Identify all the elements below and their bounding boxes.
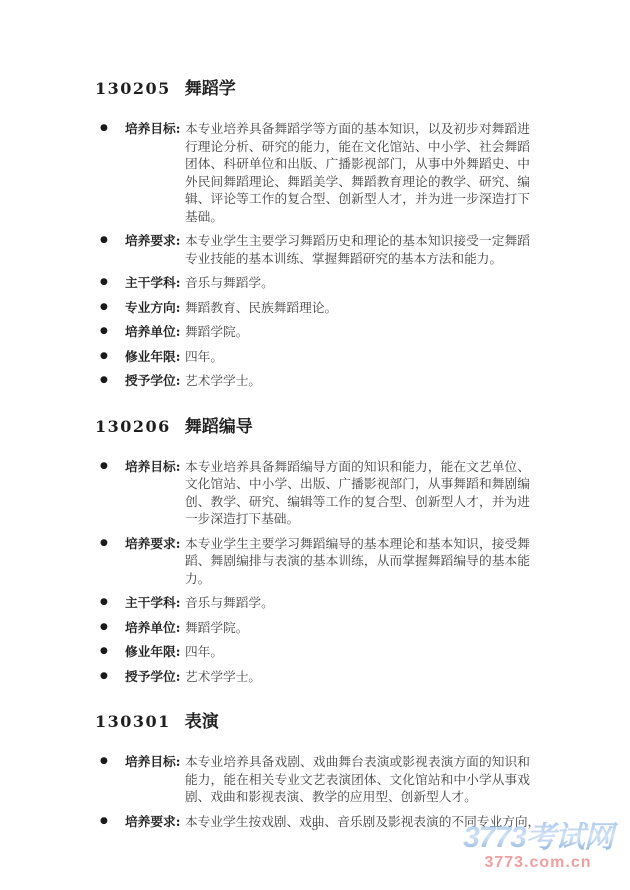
bullet-icon: ● [95, 348, 125, 366]
major-title: 舞蹈编导 [185, 417, 253, 437]
item-label: 培养要求: [125, 535, 185, 553]
major-code: 130206 [95, 417, 171, 436]
bullet-icon: ● [95, 643, 125, 661]
list-item: ● 主干学科: 音乐与舞蹈学。 [95, 274, 535, 292]
bullet-icon: ● [95, 299, 125, 317]
item-text: 舞蹈学院。 [185, 323, 530, 341]
item-label: 专业方向: [125, 299, 185, 317]
list-item: ● 修业年限: 四年。 [95, 348, 535, 366]
list-item: ● 培养目标: 本专业培养具备舞蹈编导方面的知识和能力，能在文艺单位、文化馆站、… [95, 458, 535, 528]
list-item: ● 专业方向: 舞蹈教育、民族舞蹈理论。 [95, 299, 535, 317]
item-label: 培养单位: [125, 619, 185, 637]
major-title: 舞蹈学 [185, 79, 236, 99]
bullet-icon: ● [95, 232, 125, 250]
item-text: 本专业培养具备舞蹈编导方面的知识和能力，能在文艺单位、文化馆站、中小学、出版、广… [185, 458, 530, 528]
item-text: 本专业培养具备戏剧、戏曲舞台表演或影视表演方面的知识和能力，能在相关专业文艺表演… [185, 753, 530, 806]
bullet-icon: ● [95, 458, 125, 476]
bullet-icon: ● [95, 619, 125, 637]
item-text: 四年。 [185, 348, 530, 366]
section-heading-130206: 130206舞蹈编导 [95, 416, 535, 438]
section-heading-130301: 130301表演 [95, 711, 535, 733]
item-text: 舞蹈教育、民族舞蹈理论。 [185, 299, 530, 317]
bullet-icon: ● [95, 372, 125, 390]
list-item: ● 培养要求: 本专业学生主要学习舞蹈历史和理论的基本知识接受一定舞蹈专业技能的… [95, 232, 535, 267]
list-item: ● 修业年限: 四年。 [95, 643, 535, 661]
item-text: 本专业培养具备舞蹈学等方面的基本知识，以及初步对舞蹈进行理论分析、研究的能力，能… [185, 120, 530, 225]
bullet-icon: ● [95, 594, 125, 612]
bullet-icon: ● [95, 274, 125, 292]
watermark-logo-text: 3773考试网 [452, 822, 624, 854]
bullet-icon: ● [95, 323, 125, 341]
list-item: ● 主干学科: 音乐与舞蹈学。 [95, 594, 535, 612]
item-text: 音乐与舞蹈学。 [185, 594, 530, 612]
item-text: 本专业学生主要学习舞蹈编导的基本理论和基本知识，接受舞蹈、舞剧编排与表演的基本训… [185, 535, 530, 588]
list-item: ● 授予学位: 艺术学学士。 [95, 372, 535, 390]
list-item: ● 培养目标: 本专业培养具备舞蹈学等方面的基本知识，以及初步对舞蹈进行理论分析… [95, 120, 535, 225]
bullet-icon: ● [95, 120, 125, 138]
item-text: 音乐与舞蹈学。 [185, 274, 530, 292]
bullet-icon: ● [95, 668, 125, 686]
item-label: 授予学位: [125, 372, 185, 390]
bullet-icon: ● [95, 535, 125, 553]
item-label: 授予学位: [125, 668, 185, 686]
item-label: 修业年限: [125, 348, 185, 366]
list-item: ● 授予学位: 艺术学学士。 [95, 668, 535, 686]
watermark-url-text: 3773.com.cn [452, 854, 624, 872]
list-item: ● 培养要求: 本专业学生主要学习舞蹈编导的基本理论和基本知识，接受舞蹈、舞剧编… [95, 535, 535, 588]
bullet-icon: ● [95, 753, 125, 771]
item-text: 四年。 [185, 643, 530, 661]
item-label: 培养目标: [125, 458, 185, 476]
list-item: ● 培养单位: 舞蹈学院。 [95, 619, 535, 637]
item-label: 主干学科: [125, 594, 185, 612]
item-label: 培养目标: [125, 120, 185, 138]
major-code: 130301 [95, 712, 171, 731]
watermark: 3773考试网 3773.com.cn [452, 822, 624, 872]
item-label: 培养单位: [125, 323, 185, 341]
list-item: ● 培养单位: 舞蹈学院。 [95, 323, 535, 341]
list-item: ● 培养目标: 本专业培养具备戏剧、戏曲舞台表演或影视表演方面的知识和能力，能在… [95, 753, 535, 806]
section-heading-130205: 130205舞蹈学 [95, 78, 535, 100]
item-text: 本专业学生主要学习舞蹈历史和理论的基本知识接受一定舞蹈专业技能的基本训练、掌握舞… [185, 232, 530, 267]
item-text: 舞蹈学院。 [185, 619, 530, 637]
major-title: 表演 [185, 712, 219, 732]
page-content: 130205舞蹈学 ● 培养目标: 本专业培养具备舞蹈学等方面的基本知识，以及初… [95, 78, 535, 837]
item-text: 艺术学学士。 [185, 372, 530, 390]
item-label: 主干学科: [125, 274, 185, 292]
item-label: 培养要求: [125, 232, 185, 250]
item-label: 修业年限: [125, 643, 185, 661]
document-page: 130205舞蹈学 ● 培养目标: 本专业培养具备舞蹈学等方面的基本知识，以及初… [0, 0, 630, 890]
item-label: 培养目标: [125, 753, 185, 771]
item-text: 艺术学学士。 [185, 668, 530, 686]
major-code: 130205 [95, 79, 171, 98]
